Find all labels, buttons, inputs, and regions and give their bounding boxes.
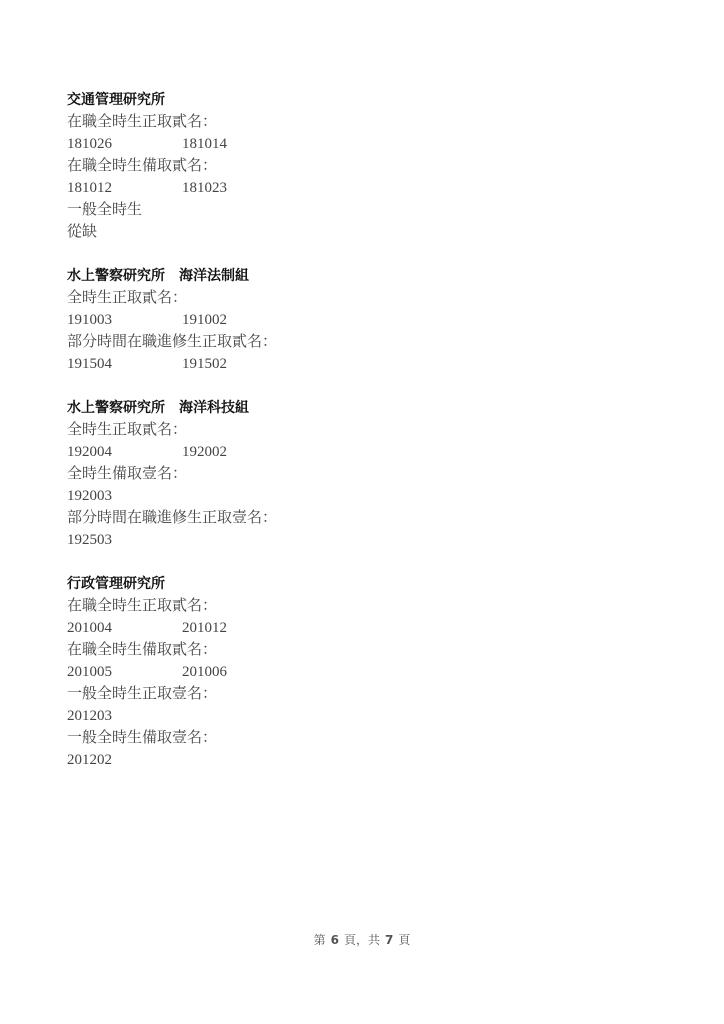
admission-number: 181026 [67, 133, 182, 155]
section-title: 水上警察研究所 [67, 400, 165, 416]
total-pages-number: 7 [385, 933, 393, 947]
section-water-police-maritime-tech: 水上警察研究所海洋科技組 全時生正取貳名： 192004 192002 全時生備… [67, 397, 667, 551]
section-heading: 交通管理研究所 [67, 89, 667, 111]
admission-number: 181012 [67, 177, 182, 199]
admission-number: 201005 [67, 661, 182, 683]
admission-numbers: 181012 181023 [67, 177, 667, 199]
section-title: 行政管理研究所 [67, 576, 165, 592]
footer-suffix: 頁 [398, 933, 410, 947]
group-label: 在職全時生正取貳名： [67, 111, 667, 133]
admission-number: 192002 [182, 441, 297, 463]
section-administrative-management: 行政管理研究所 在職全時生正取貳名： 201004 201012 在職全時生備取… [67, 573, 667, 771]
admission-number: 192004 [67, 441, 182, 463]
admission-numbers: 192003 [67, 485, 667, 507]
page-footer: 第6頁，共7頁 [0, 931, 724, 948]
section-heading: 水上警察研究所海洋法制組 [67, 265, 667, 287]
admission-numbers: 192503 [67, 529, 667, 551]
current-page-number: 6 [331, 933, 339, 947]
admission-numbers: 181026 181014 [67, 133, 667, 155]
admission-numbers: 201203 [67, 705, 667, 727]
group-label: 一般全時生備取壹名： [67, 727, 667, 749]
group-label: 一般全時生 [67, 199, 667, 221]
admission-number: 192503 [67, 529, 182, 551]
group-label: 在職全時生備取貳名： [67, 155, 667, 177]
group-label: 部分時間在職進修生正取貳名： [67, 331, 667, 353]
admission-number: 191502 [182, 353, 297, 375]
admission-number: 201006 [182, 661, 297, 683]
admission-numbers: 192004 192002 [67, 441, 667, 463]
admission-number: 191002 [182, 309, 297, 331]
section-water-police-maritime-law: 水上警察研究所海洋法制組 全時生正取貳名： 191003 191002 部分時間… [67, 265, 667, 375]
admission-number: 191504 [67, 353, 182, 375]
group-label: 部分時間在職進修生正取壹名： [67, 507, 667, 529]
admission-number: 201004 [67, 617, 182, 639]
group-label: 在職全時生正取貳名： [67, 595, 667, 617]
admission-number: 191003 [67, 309, 182, 331]
footer-middle: 頁，共 [344, 933, 380, 947]
admission-numbers: 201005 201006 [67, 661, 667, 683]
admission-number: 201012 [182, 617, 297, 639]
admission-numbers: 191003 191002 [67, 309, 667, 331]
group-label: 全時生正取貳名： [67, 419, 667, 441]
section-subtitle: 海洋法制組 [179, 268, 249, 284]
admission-numbers: 191504 191502 [67, 353, 667, 375]
admission-number: 201202 [67, 749, 182, 771]
section-title: 交通管理研究所 [67, 92, 165, 108]
section-title: 水上警察研究所 [67, 268, 165, 284]
document-page: 交通管理研究所 在職全時生正取貳名： 181026 181014 在職全時生備取… [67, 89, 667, 793]
admission-number: 201203 [67, 705, 182, 727]
group-label: 一般全時生正取壹名： [67, 683, 667, 705]
group-label: 全時生備取壹名： [67, 463, 667, 485]
admission-numbers: 201202 [67, 749, 667, 771]
section-heading: 水上警察研究所海洋科技組 [67, 397, 667, 419]
group-label: 從缺 [67, 221, 667, 243]
admission-number: 181023 [182, 177, 297, 199]
section-subtitle: 海洋科技組 [179, 400, 249, 416]
section-traffic-management: 交通管理研究所 在職全時生正取貳名： 181026 181014 在職全時生備取… [67, 89, 667, 243]
admission-numbers: 201004 201012 [67, 617, 667, 639]
section-heading: 行政管理研究所 [67, 573, 667, 595]
group-label: 全時生正取貳名： [67, 287, 667, 309]
footer-prefix: 第 [314, 933, 326, 947]
admission-number: 181014 [182, 133, 297, 155]
admission-number: 192003 [67, 485, 182, 507]
group-label: 在職全時生備取貳名： [67, 639, 667, 661]
